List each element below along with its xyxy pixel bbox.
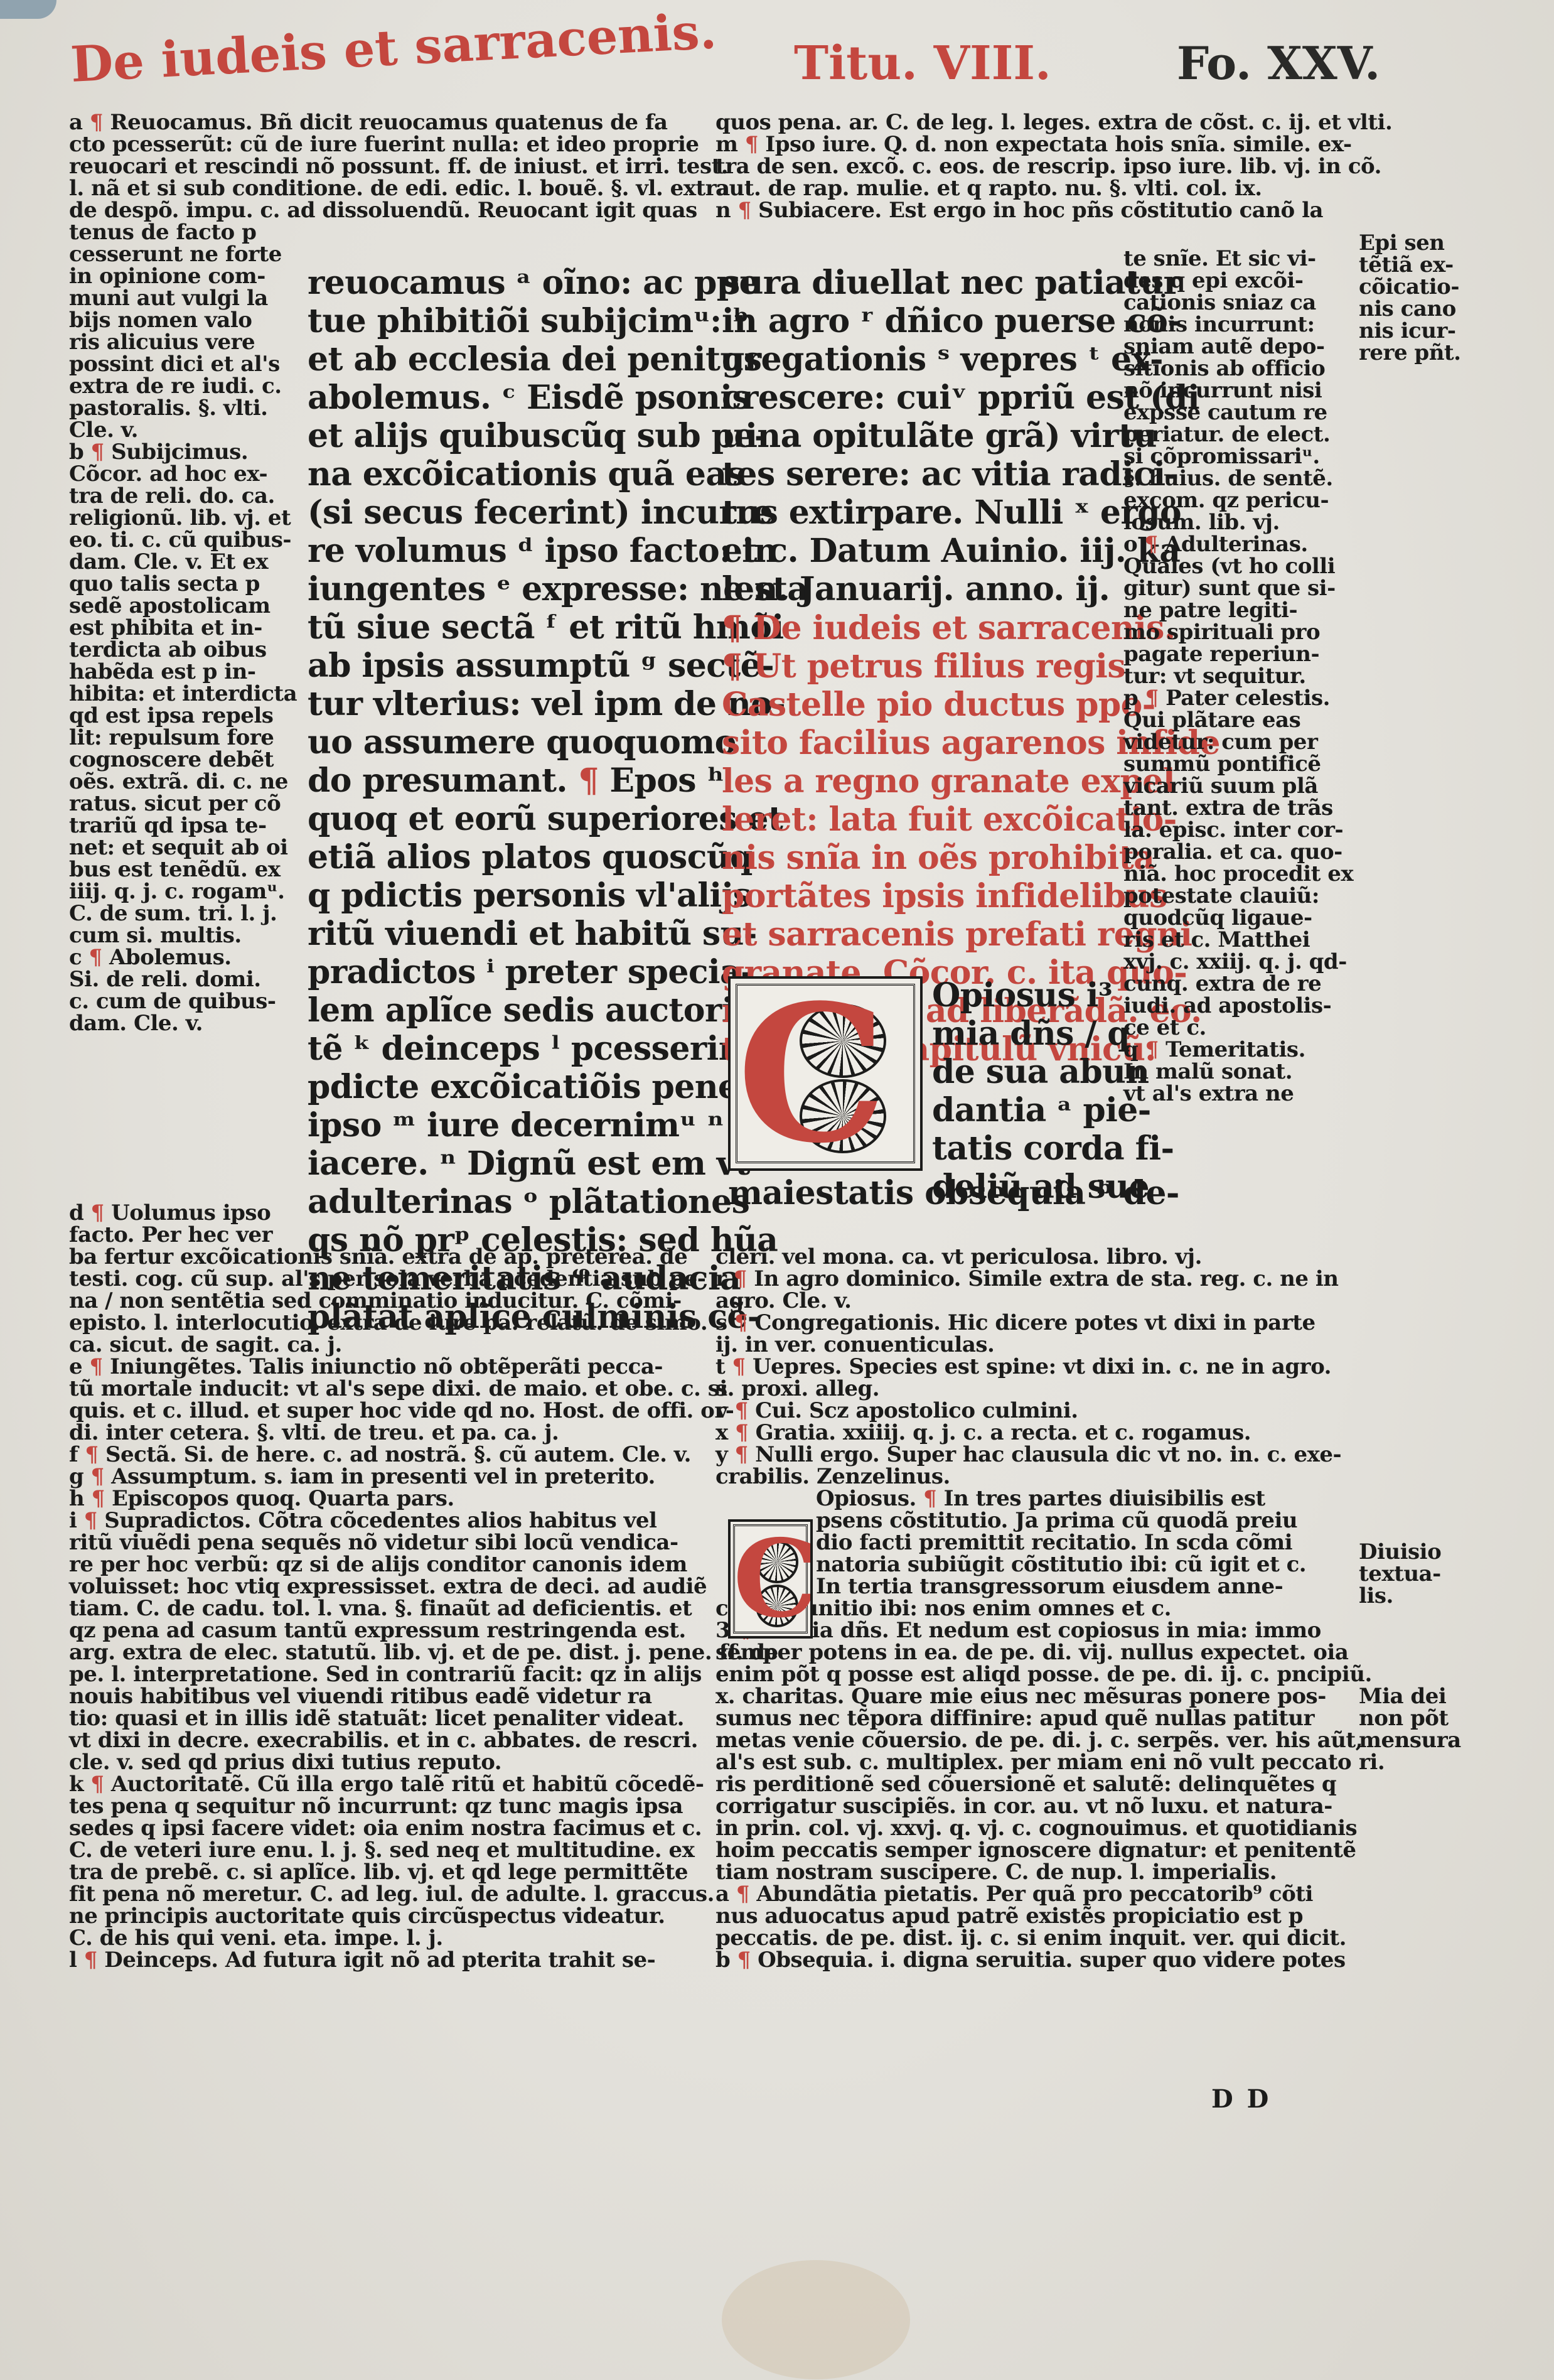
text-line: trariũ qd ipsa te- — [69, 815, 295, 837]
text-line: ne patre legiti- — [1123, 600, 1362, 622]
paragraph-mark-icon: ¶ — [736, 1882, 749, 1907]
paragraph-mark-icon: ¶ — [1145, 1037, 1159, 1062]
paragraph-mark-icon: ¶ — [90, 1772, 104, 1797]
text-line: tiam nostram suscipere. C. de nup. l. im… — [715, 1861, 1331, 1883]
text-line: q ¶ Temeritatis. — [1123, 1039, 1362, 1061]
text-line: Cle. v. — [69, 419, 295, 441]
text-line: hoim peccatis semper ignoscere dignatur:… — [715, 1839, 1331, 1861]
margin-note-epi: Epi sentẽtiã ex-cõicatio-nis canonis icu… — [1359, 232, 1460, 364]
text-line: aut. de rap. mulie. et q rapto. nu. §. v… — [715, 178, 1318, 200]
text-line: o ¶ Adulterinas. — [1123, 534, 1362, 556]
text-line: cationis sniaz ca — [1123, 292, 1362, 314]
text-line: voluisset: hoc vtiq expressisset. extra … — [69, 1576, 709, 1598]
text-line: cum si. multis. — [69, 925, 295, 947]
text-line: ris alicuius vere — [69, 331, 295, 353]
text-line: In malũ sonat. — [1123, 1061, 1362, 1083]
text-line: sedẽ apostolicam — [69, 595, 295, 617]
text-line: ba fertur excõicationis snĩa. extra de a… — [69, 1246, 709, 1268]
text-line: tũ mortale inducit: vt al's sepe dixi. d… — [69, 1378, 709, 1400]
text-line: iungentes ᵉ expresse: ne sta — [308, 573, 709, 611]
margin-note-line: mensura — [1359, 1730, 1461, 1752]
text-line: qz pena ad casum tantũ expressum restrin… — [69, 1620, 709, 1642]
text-line: C. de veteri iure enu. l. j. §. sed neq … — [69, 1839, 709, 1861]
folio-number: Fo. XXV. — [1177, 36, 1380, 90]
text-line: metas venie cõuersio. de pe. di. j. c. s… — [715, 1730, 1331, 1752]
text-line: pagate reperiun- — [1123, 643, 1362, 665]
text-line: m ¶ Ipso iure. Q. d. non expectata hois … — [715, 134, 1318, 156]
text-line: sumus nec tẽpora diffinire: apud quẽ nul… — [715, 1708, 1331, 1730]
text-line: leret: lata fuit excõicatio- — [722, 804, 1111, 842]
paragraph-mark-icon: ¶ — [734, 1310, 748, 1335]
text-line: C. de sum. tri. l. j. — [69, 903, 295, 925]
text-line: abolemus. ᶜ Eisdẽ psonis — [308, 382, 709, 420]
text-line: C. de his qui veni. eta. impe. l. j. — [69, 1927, 709, 1949]
paragraph-mark-icon: ¶ — [737, 1947, 751, 1973]
book-page: De iudeis et sarracenis. Titu. VIII. Fo.… — [0, 0, 1554, 2380]
text-line: f ¶ Sectã. Si. de here. c. ad nostrã. §.… — [69, 1444, 709, 1466]
text-line: ipso ᵐ iure decernimᵘ ⁿ sub — [308, 1109, 709, 1148]
text-line: de sua abun — [932, 1056, 1114, 1094]
text-line: ab ipsis assumptũ ᵍ sectẽ- — [308, 650, 709, 688]
text-line: est phibita et in- — [69, 617, 295, 639]
paragraph-mark-icon: ¶ — [91, 1464, 104, 1489]
text-line: Opiosus. ¶ In tres partes diuisibilis es… — [715, 1488, 1331, 1510]
text-line: ris et c. Matthei — [1123, 929, 1362, 951]
text-line: s. proxi. alleg. — [715, 1378, 1331, 1400]
text-line: c. cum de quibus- — [69, 991, 295, 1013]
paragraph-mark-icon: ¶ — [722, 647, 742, 686]
text-line: a ¶ Abundãtia pietatis. Per quã pro pecc… — [715, 1883, 1331, 1905]
text-line: gregationis ˢ vepres ᵗ ex- — [722, 343, 1111, 382]
text-line: lit: repulsum fore — [69, 727, 295, 749]
text-line: nis snĩa in oẽs prohibita — [722, 842, 1111, 880]
text-line: sito facilius agarenos infide — [722, 727, 1111, 765]
text-line: possint dici et al's — [69, 353, 295, 375]
text-line: len. Januarij. anno. ij. — [722, 573, 1111, 611]
text-line: cunq. extra de re — [1123, 973, 1362, 995]
text-line: clerĩ. vel mona. ca. vt periculosa. libr… — [715, 1246, 1331, 1268]
text-line: in prin. col. vj. xxvj. q. vj. c. cognou… — [715, 1817, 1331, 1839]
text-line: net: et sequit ab oi — [69, 837, 295, 859]
text-line: pdicte excõicatiõis pene — [308, 1071, 709, 1109]
text-line: habẽda est p in- — [69, 661, 295, 683]
text-line: uina opitulãte grã) virtu — [722, 420, 1111, 458]
text-line: re volumus ᵈ ipso facto: in — [308, 535, 709, 573]
text-line: poralia. et ca. quo- — [1123, 841, 1362, 863]
text-line: nus aduocatus apud patrẽ existẽs propici… — [715, 1905, 1331, 1927]
text-line: sitionis ab officio — [1123, 358, 1362, 380]
text-line: gitur) sunt que si- — [1123, 578, 1362, 600]
paragraph-mark-icon: ¶ — [923, 1486, 936, 1511]
paragraph-mark-icon: ¶ — [735, 1398, 748, 1423]
text-line: x ¶ Gratia. xxiiij. q. j. c. a recta. et… — [715, 1422, 1331, 1444]
text-line: reuocamus ᵃ oĩno: ac ppe — [308, 267, 709, 305]
text-line: oẽs. extrã. di. c. ne — [69, 771, 295, 793]
text-line: lem aplĩce sedis auctorita — [308, 994, 709, 1033]
paper-stain — [722, 2260, 910, 2379]
paragraph-mark-icon: ¶ — [92, 1486, 105, 1511]
text-line: sura diuellat nec patiatur — [722, 267, 1111, 305]
margin-note-line: nis icur- — [1359, 320, 1460, 342]
text-line: na / non sentẽtia sed comminatio inducit… — [69, 1290, 709, 1312]
text-line: x. charitas. Quare mie eius nec mẽsuras … — [715, 1686, 1331, 1708]
initial-letter: C — [731, 979, 920, 1168]
background-cloth — [0, 0, 56, 19]
text-line: c ¶ Abolemus. — [69, 947, 295, 969]
text-line: tur vlterius: vel ipm de no- — [308, 688, 709, 726]
text-line: potestate clauiũ: — [1123, 885, 1362, 907]
text-line: Quales (vt ho colli — [1123, 556, 1362, 578]
text-line: ne principis auctoritate quis circũspect… — [69, 1905, 709, 1927]
text-line: facto. Per hec ver — [69, 1224, 709, 1246]
text-line: b ¶ Obsequia. i. digna seruitia. super q… — [715, 1949, 1331, 1971]
text-line: portãtes ipsis infidelibus — [722, 880, 1111, 918]
text-line: re per hoc verbũ: qz si de alijs condito… — [69, 1554, 709, 1576]
chapter-continuation: maiestatis obsequia ᵇ de- — [728, 1177, 1179, 1215]
text-line: episto. l. interlocutio. extra de iure p… — [69, 1312, 709, 1334]
paragraph-mark-icon: ¶ — [732, 1354, 746, 1379]
text-line: testi. cog. cũ sup. al's per sola verba … — [69, 1268, 709, 1290]
text-line: enim põt q posse est aliqd posse. de pe.… — [715, 1664, 1331, 1686]
text-line: vt al's extra ne — [1123, 1083, 1362, 1105]
running-title: De iudeis et sarracenis. — [69, 3, 718, 94]
text-line: quis. et c. illud. et super hoc vide qd … — [69, 1400, 709, 1422]
margin-note-line: lis. — [1359, 1585, 1441, 1607]
text-line: ritũ viuẽdi pena sequẽs nõ videtur sibi … — [69, 1532, 709, 1554]
text-line: bus est tenẽdũ. ex — [69, 859, 295, 881]
text-line: tenus de facto p — [69, 222, 295, 244]
text-line: nõ incurrunt nisi — [1123, 380, 1362, 402]
text-line: iudi. ad apostolis- — [1123, 995, 1362, 1017]
text-line: b ¶ Subijcimus. — [69, 441, 295, 463]
margin-note-line: Mia dei — [1359, 1686, 1461, 1708]
text-line: e ¶ Iniungẽtes. Talis iniunctio nõ obtẽp… — [69, 1356, 709, 1378]
text-line: ris perditionẽ sed cõuersionẽ et salutẽ:… — [715, 1774, 1331, 1796]
paragraph-mark-icon: ¶ — [91, 439, 104, 465]
margin-note-line: tẽtiã ex- — [1359, 254, 1460, 276]
text-line: losum. lib. vj. — [1123, 512, 1362, 534]
text-line: quo talis secta p — [69, 573, 295, 595]
text-line: l ¶ Deinceps. Ad futura igit nõ ad pteri… — [69, 1949, 709, 1971]
text-line: tẽ ᵏ deinceps ˡ pcesserint: — [308, 1033, 709, 1071]
text-line: si cõpromissariᵘ. — [1123, 446, 1362, 468]
paragraph-mark-icon: ¶ — [89, 1354, 102, 1379]
text-line: expsse cautum re — [1123, 402, 1362, 424]
text-line: g ¶ Assumptum. s. iam in presenti vel in… — [69, 1466, 709, 1488]
text-line: q pdictis personis vl'alijs — [308, 880, 709, 918]
text-line: tes pena q sequitur nõ incurrunt: qz tun… — [69, 1796, 709, 1817]
text-line: h ¶ Episcopos quoq. Quarta pars. — [69, 1488, 709, 1510]
text-line: terdicta ab oibus — [69, 639, 295, 661]
paragraph-mark-icon: ¶ — [735, 1420, 748, 1445]
gloss-lower-left: d ¶ Uolumus ipsofacto. Per hec verba fer… — [69, 1202, 709, 1971]
text-line: tra de reli. do. ca. — [69, 485, 295, 507]
text-line: corrigatur suscipiẽs. in cor. au. vt nõ … — [715, 1796, 1331, 1817]
text-line: tatis corda fi- — [932, 1133, 1114, 1171]
paragraph-mark-icon: ¶ — [745, 132, 758, 157]
margin-note-line: non põt — [1359, 1708, 1461, 1730]
text-line: et sarracenis prefati regni — [722, 918, 1111, 957]
text-line: v ¶ Cui. Scz apostolico culmini. — [715, 1400, 1331, 1422]
text-line: de despõ. impu. c. ad dissoluendũ. Reuoc… — [69, 200, 703, 222]
text-line: ce et c. — [1123, 1017, 1362, 1039]
text-line: pe. l. interpretatione. Sed in contrariũ… — [69, 1664, 709, 1686]
rubric-heading: ¶ De iudeis et sarracenis. — [722, 612, 1111, 650]
text-line: sniam autẽ depo- — [1123, 336, 1362, 358]
margin-note-line: Epi sen — [1359, 232, 1460, 254]
text-line: Qui plãtare eas — [1123, 709, 1362, 731]
margin-note-diuisio: Diuisiotextua-lis. — [1359, 1541, 1441, 1607]
text-line: pradictos ⁱ preter specia- — [308, 956, 709, 994]
text-line: videtur: cum per — [1123, 731, 1362, 753]
main-text-column-b: sura diuellat nec patiaturin agro ʳ dñic… — [722, 267, 1111, 611]
text-line: muni aut vulgi la — [69, 288, 295, 310]
text-line: quodcũq ligaue- — [1123, 907, 1362, 929]
text-line: bijs nomen valo — [69, 310, 295, 331]
margin-note-line: ri. — [1359, 1752, 1461, 1774]
paragraph-mark-icon: ¶ — [89, 945, 102, 970]
text-line: a ¶ Reuocamus. Bñ dicit reuocamus quaten… — [69, 112, 703, 134]
text-line: di. inter cetera. §. vlti. de treu. et p… — [69, 1422, 709, 1444]
text-line: niã. hoc procedit ex — [1123, 863, 1362, 885]
text-line: et alijs quibuscũq sub pe- — [308, 420, 709, 458]
text-line: reuocari et rescindi nõ possunt. ff. de … — [69, 156, 703, 178]
paragraph-mark-icon: ¶ — [735, 1442, 748, 1467]
text-line: in opinione com- — [69, 266, 295, 288]
text-line: sedes q ipsi facere videt: oia enim nost… — [69, 1817, 709, 1839]
text-line: in agro ʳ dñico puerse cõ- — [722, 305, 1111, 343]
text-line: cognoscere debẽt — [69, 749, 295, 771]
text-line: periatur. de elect. — [1123, 424, 1362, 446]
titulus-number: Titu. VIII. — [794, 36, 1051, 90]
text-line: Castelle pio ductus ppo- — [722, 689, 1111, 727]
text-line: iacere. ⁿ Dignũ est em vt — [308, 1148, 709, 1186]
text-line: tue phibitiõi subijcimᵘ: ᵇ — [308, 305, 709, 343]
text-line: fit pena nõ meretur. C. ad leg. iul. de … — [69, 1883, 709, 1905]
paragraph-mark-icon: ¶ — [734, 1266, 747, 1291]
margin-note-mia: Mia deinon põtmensurari. — [1359, 1686, 1461, 1774]
text-line: d ¶ Uolumus ipso — [69, 1202, 709, 1224]
paragraph-mark-icon: ¶ — [85, 1442, 98, 1467]
text-line: p ¶ Pater celestis. — [1123, 687, 1362, 709]
paragraph-mark-icon: ¶ — [91, 1200, 104, 1225]
text-line: cle. v. sed qd prius dixi tutius reputo. — [69, 1752, 709, 1774]
text-line: tra de sen. excõ. c. eos. de rescrip. ip… — [715, 156, 1318, 178]
text-line: agro. Cle. v. — [715, 1290, 1331, 1312]
decorated-initial-c-small: C — [728, 1519, 813, 1639]
text-line: tes serere: ac vitia radici- — [722, 458, 1111, 497]
text-line: mo spirituali pro — [1123, 622, 1362, 643]
text-line: k ¶ Auctoritatẽ. Cũ illa ergo talẽ ritũ … — [69, 1774, 709, 1796]
text-line: pastoralis. §. vlti. — [69, 397, 295, 419]
paragraph-mark-icon: ¶ — [1145, 686, 1159, 711]
margin-note-line: Diuisio — [1359, 1541, 1441, 1563]
text-line: ¶ Ut petrus filius regis — [722, 650, 1111, 689]
paragraph-mark-icon: ¶ — [1145, 532, 1158, 557]
text-line: tur: vt sequitur. — [1123, 665, 1362, 687]
text-line: ij. in ver. conuenticulas. — [715, 1334, 1331, 1356]
text-line: des q epi excõi- — [1123, 270, 1362, 292]
paragraph-mark-icon: ¶ — [84, 1947, 97, 1973]
text-line: Si. de reli. domi. — [69, 969, 295, 991]
text-line: semper potens in ea. de pe. di. vij. nul… — [715, 1642, 1331, 1664]
text-line: crescere: cuiᵛ ppriũ est (di — [722, 382, 1111, 420]
text-line: al's est sub. c. multiplex. per miam eni… — [715, 1752, 1331, 1774]
text-line: i ¶ Supradictos. Cõtra cõcedentes alios … — [69, 1510, 709, 1532]
text-line: quoq et eorũ superiores et — [308, 803, 709, 841]
text-line: r ¶ In agro dominico. Simile extra de st… — [715, 1268, 1331, 1290]
text-line: excom. qz pericu- — [1123, 490, 1362, 512]
text-line: la. episc. inter cor- — [1123, 819, 1362, 841]
text-line: ca. sicut. de sagit. ca. j. — [69, 1334, 709, 1356]
text-line: uo assumere quoquomo — [308, 726, 709, 765]
paragraph-mark-icon: ¶ — [578, 762, 598, 800]
text-line: Cõcor. ad hoc ex- — [69, 463, 295, 485]
text-line: (si secus fecerint) incurre — [308, 497, 709, 535]
text-line: vicariũ suum plã — [1123, 775, 1362, 797]
text-line: et ab ecclesia dei penitus — [308, 343, 709, 382]
text-line: cesserunt ne forte — [69, 244, 295, 266]
text-line: qd est ipsa repels — [69, 705, 295, 727]
decorated-initial-c: C — [728, 976, 923, 1171]
margin-note-line: rere pñt. — [1359, 342, 1460, 364]
text-line: y ¶ Nulli ergo. Super hac clausula dic v… — [715, 1444, 1331, 1466]
text-line: vt dixi in decre. execrabilis. et in c. … — [69, 1730, 709, 1752]
gloss-right-column: te snĩe. Et sic vi-des q epi excõi-catio… — [1123, 248, 1362, 1105]
text-line: n ¶ Subiacere. Est ergo in hoc pñs cõsti… — [715, 200, 1318, 222]
text-line: dantia ᵃ pie- — [932, 1094, 1114, 1133]
text-line: ratus. sicut per cõ — [69, 793, 295, 815]
text-line: les a regno granate expel — [722, 765, 1111, 804]
text-line: tra de prebẽ. c. si aplĩce. lib. vj. et … — [69, 1861, 709, 1883]
text-line: Opiosus i³ — [932, 979, 1114, 1018]
text-line: eo. ti. c. cũ quibus- — [69, 529, 295, 551]
gloss-top-right: quos pena. ar. C. de leg. l. leges. extr… — [715, 112, 1318, 222]
text-line: summũ pontificẽ — [1123, 753, 1362, 775]
text-line: mia dñs / q — [932, 1018, 1114, 1056]
text-line: etiã alios platos quoscũq — [308, 841, 709, 880]
text-line: tio: quasi et in illis idẽ statuãt: lice… — [69, 1708, 709, 1730]
text-line: quos pena. ar. C. de leg. l. leges. extr… — [715, 112, 1318, 134]
text-line: l. nã et si sub conditione. de edi. edic… — [69, 178, 703, 200]
text-line: na excõicationis quã eas — [308, 458, 709, 497]
paragraph-mark-icon: ¶ — [84, 1508, 97, 1533]
text-line: tũ siue sectã ᶠ et ritũ hmõi — [308, 611, 709, 650]
text-line: tant. extra de trãs — [1123, 797, 1362, 819]
text-line: tus extirpare. Nulli ˣ ergo — [722, 497, 1111, 535]
text-line: ritũ viuendi et habitũ su- — [308, 918, 709, 956]
small-initial-letter: C — [731, 1522, 810, 1636]
paragraph-mark-icon: ¶ — [738, 198, 751, 223]
text-line: hibita: et interdicta — [69, 683, 295, 705]
text-line: §. huius. de sentẽ. — [1123, 468, 1362, 490]
text-line: s ¶ Congregationis. Hic dicere potes vt … — [715, 1312, 1331, 1334]
text-line: extra de re iudi. c. — [69, 375, 295, 397]
margin-note-line: cõicatio- — [1359, 276, 1460, 298]
text-line: tiam. C. de cadu. tol. l. vna. §. finaũt… — [69, 1598, 709, 1620]
paragraph-mark-icon: ¶ — [90, 110, 103, 135]
text-line: dam. Cle. v. Et ex — [69, 551, 295, 573]
margin-note-line: textua- — [1359, 1563, 1441, 1585]
text-line: arg. extra de elec. statutũ. lib. vj. et… — [69, 1642, 709, 1664]
text-line: cto pcesserũt: cũ de iure fuerint nulla:… — [69, 134, 703, 156]
text-line: t ¶ Uepres. Species est spine: vt dixi i… — [715, 1356, 1331, 1378]
margin-note-line: nis cano — [1359, 298, 1460, 320]
text-line: do presumant. ¶ Epos ʰ — [308, 765, 709, 803]
main-text-column-a: reuocamus ᵃ oĩno: ac ppetue phibitiõi su… — [308, 267, 709, 1339]
text-line: nonis incurrunt: — [1123, 314, 1362, 336]
text-line: nouis habitibus vel viuendi ritibus eadẽ… — [69, 1686, 709, 1708]
signature-mark: D D — [1211, 2084, 1271, 2114]
text-line: crabilis. Zenzelinus. — [715, 1466, 1331, 1488]
text-line: xvj. c. xxiij. q. j. qd- — [1123, 951, 1362, 973]
text-line: et c. Datum Auinio. iij. ka — [722, 535, 1111, 573]
text-line: te snĩe. Et sic vi- — [1123, 248, 1362, 270]
text-line: peccatis. de pe. dist. ij. c. si enim in… — [715, 1927, 1331, 1949]
text-line: dam. Cle. v. — [69, 1013, 295, 1035]
text-line: iiij. q. j. c. rogamᵘ. — [69, 881, 295, 903]
text-line: religionũ. lib. vj. et — [69, 507, 295, 529]
